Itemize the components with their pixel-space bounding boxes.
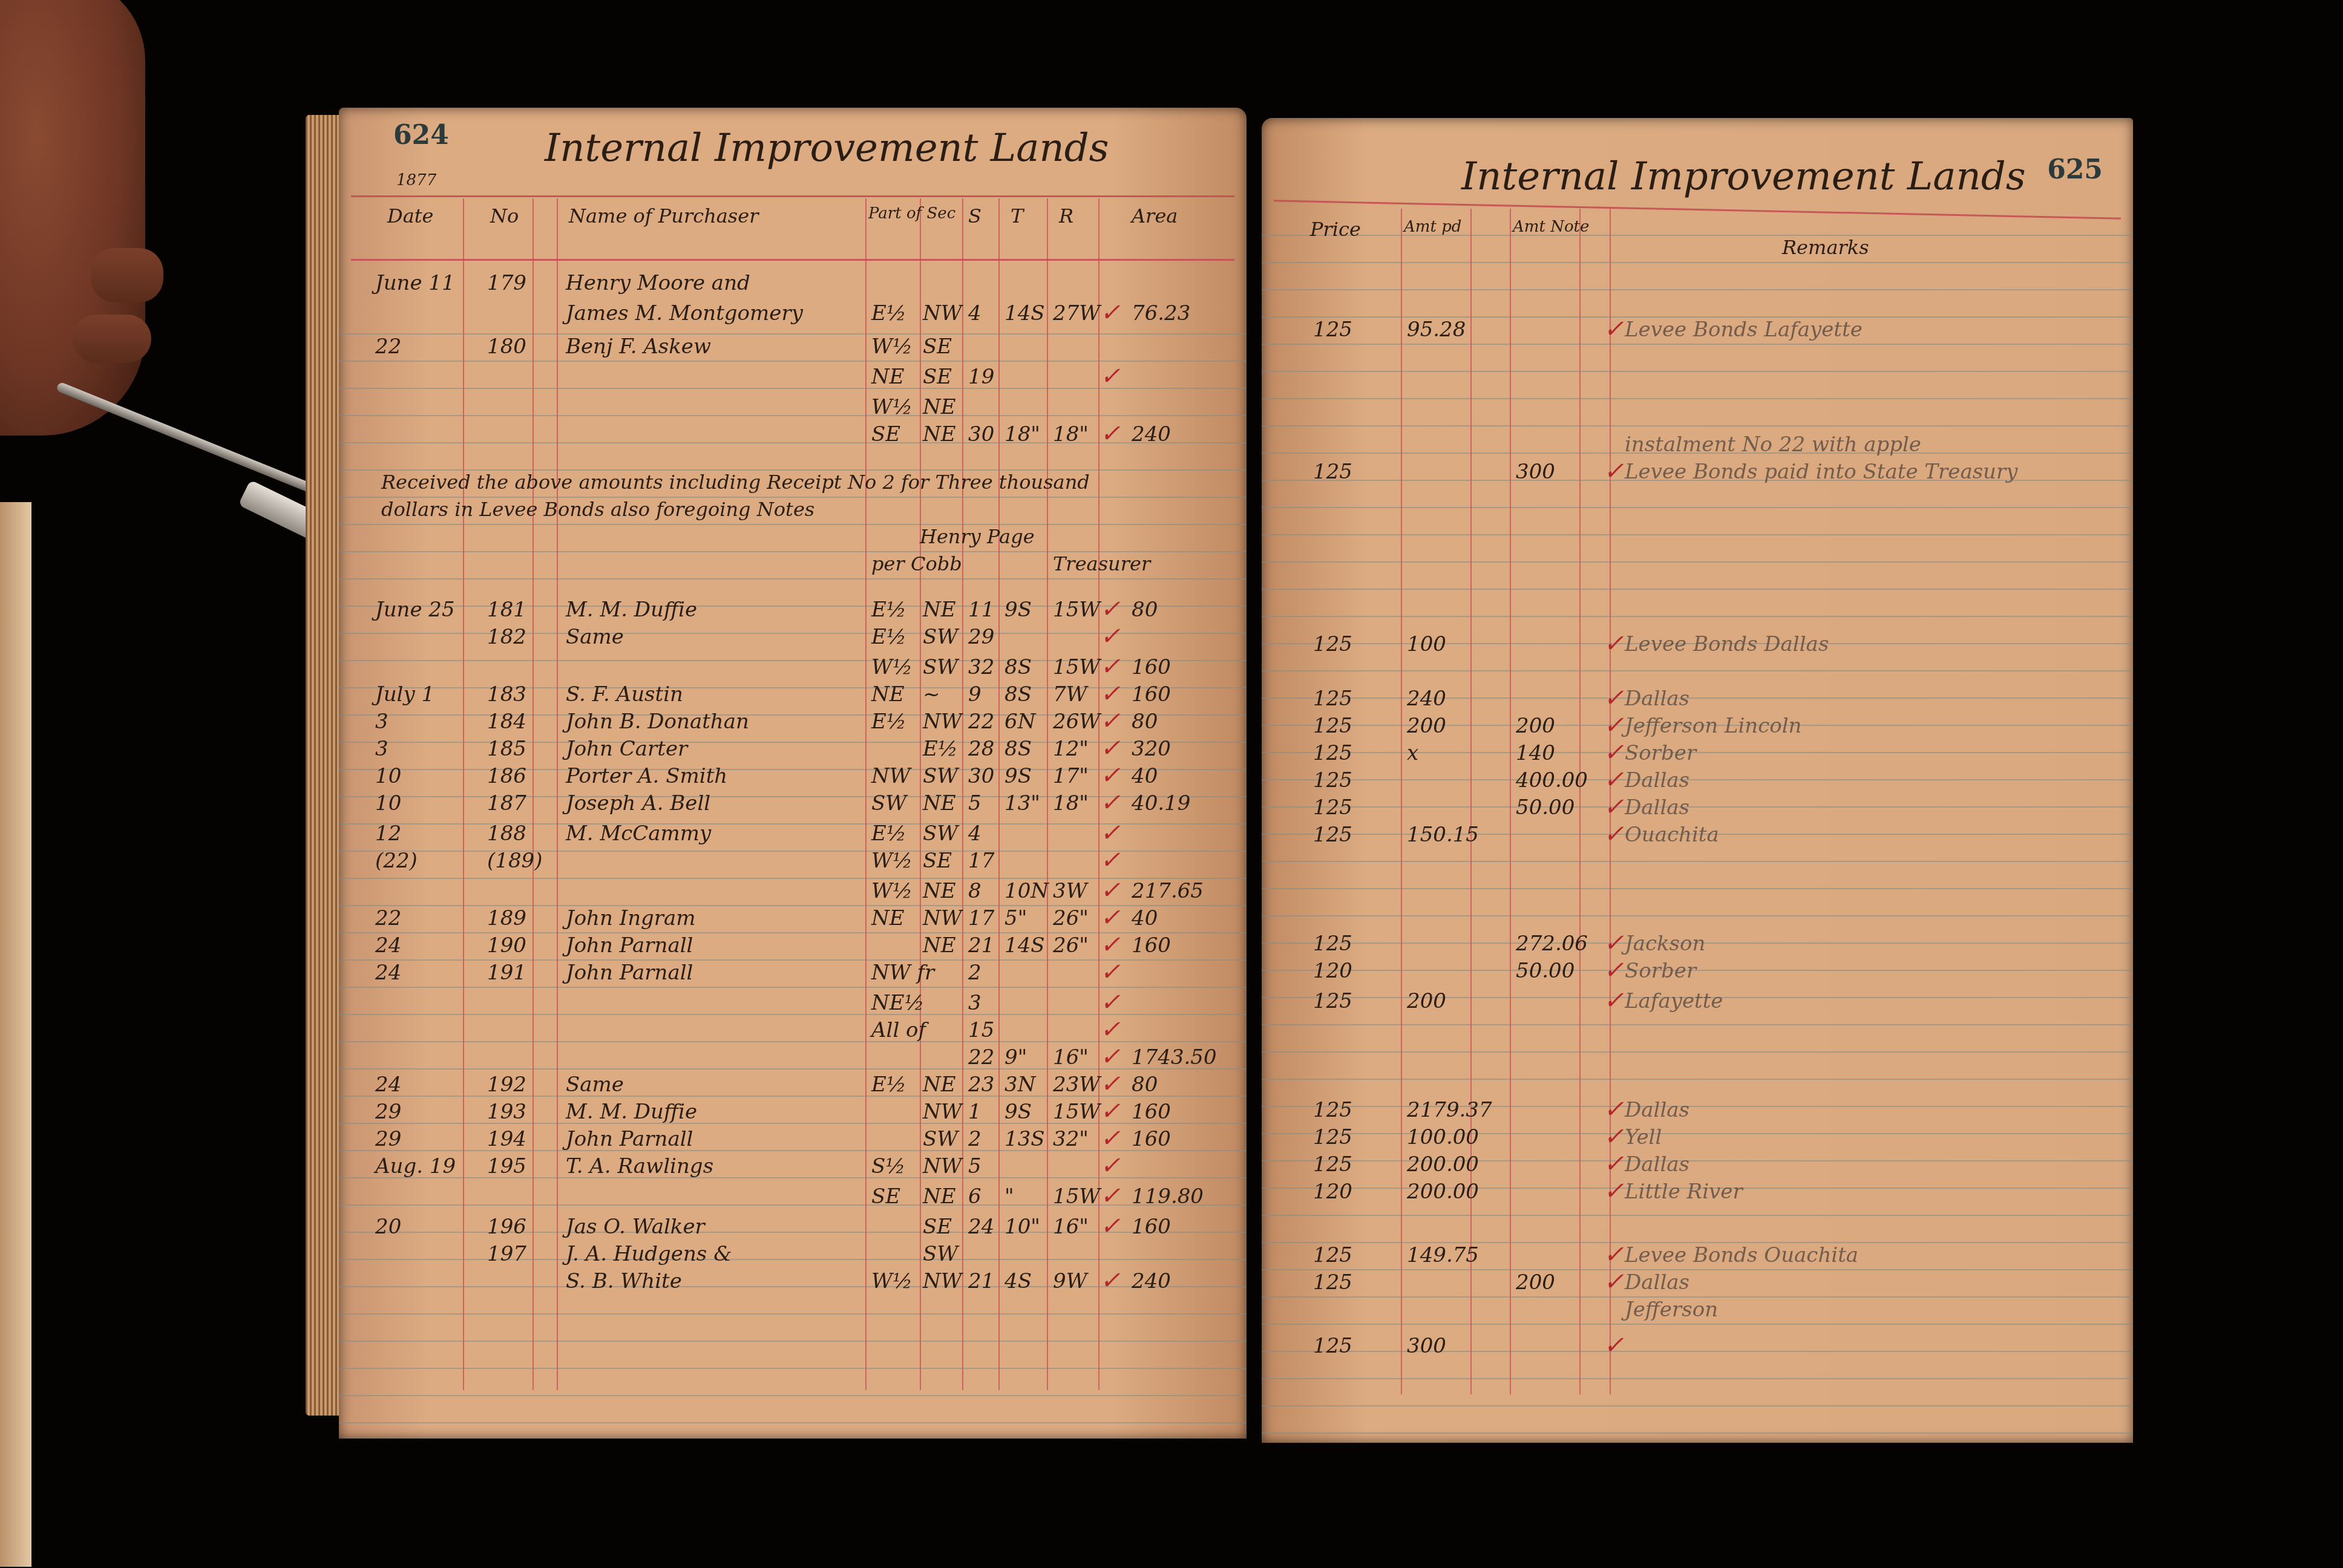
cell-date: 22 [375, 335, 401, 359]
header-part-of-sec: Part of Sec [868, 204, 955, 223]
column-divider [962, 198, 963, 1390]
cell-remarks: Dallas [1625, 1152, 1689, 1177]
column-divider [1047, 198, 1048, 1390]
cell-township: " [1004, 1184, 1014, 1209]
signature-per: per Cobb [871, 552, 962, 575]
check-mark-icon: ✓ [1604, 1123, 1624, 1151]
cell-amount-paid: 200.00 [1407, 1152, 1479, 1177]
hand [0, 0, 145, 436]
cell-subdivision: NW [923, 1269, 962, 1293]
cell-amount-note: 200 [1516, 1270, 1555, 1295]
cell-range: 26" [1053, 933, 1089, 958]
cell-subdivision: NW [923, 1154, 962, 1178]
column-divider [1401, 209, 1402, 1394]
cell-name: J. A. Hudgens & [566, 1242, 732, 1266]
cell-part: W½ [871, 879, 913, 903]
cell-price: 125 [1313, 768, 1352, 792]
cell-name: John Parnall [566, 961, 693, 985]
cell-area: 240 [1132, 1269, 1171, 1293]
cell-amount-note: 140 [1516, 741, 1555, 765]
cell-area: 80 [1132, 1073, 1158, 1097]
check-mark-icon: ✓ [1100, 707, 1121, 735]
check-mark-icon: ✓ [1604, 1331, 1624, 1359]
cell-subdivision: NE [923, 791, 956, 815]
cell-price: 125 [1313, 318, 1352, 342]
cell-range: 18" [1053, 422, 1089, 446]
cell-township: 14S [1004, 933, 1045, 958]
cell-township: 8S [1004, 655, 1032, 679]
check-mark-icon: ✓ [1100, 1125, 1121, 1152]
cell-no: 197 [487, 1242, 526, 1266]
page-number: 624 [393, 120, 449, 151]
cell-section: 2 [968, 961, 981, 985]
cell-date: 12 [375, 822, 401, 846]
check-mark-icon: ✓ [1604, 1096, 1624, 1123]
cell-price: 125 [1313, 1152, 1352, 1177]
cell-price: 125 [1313, 1270, 1352, 1295]
cell-remarks: Dallas [1625, 795, 1689, 820]
left-page: 624 Internal Improvement Lands 1877 Date… [339, 108, 1247, 1439]
cell-township: 5" [1004, 906, 1027, 930]
cell-no: 185 [487, 737, 526, 761]
cell-amount-note: 272.06 [1516, 932, 1588, 956]
check-mark-icon: ✓ [1100, 622, 1121, 650]
header-rule [351, 195, 1234, 197]
cell-price: 120 [1313, 959, 1352, 983]
cell-subdivision: ~ [923, 682, 940, 707]
cell-range: 26" [1053, 906, 1089, 930]
cell-range: 15W [1053, 598, 1100, 622]
cell-area: 320 [1132, 737, 1171, 761]
check-mark-icon: ✓ [1604, 711, 1624, 739]
cell-amount-paid: 200 [1407, 714, 1446, 738]
check-mark-icon: ✓ [1100, 1070, 1121, 1098]
check-mark-icon: ✓ [1100, 1182, 1121, 1210]
cell-part: E½ [871, 710, 906, 734]
cell-section: 2 [968, 1127, 981, 1151]
cell-price: 125 [1313, 632, 1352, 656]
cell-subdivision: NE [923, 1073, 956, 1097]
check-mark-icon: ✓ [1604, 684, 1624, 712]
cell-section: 21 [968, 1269, 994, 1293]
cell-name: John Carter [566, 737, 687, 761]
cell-price: 125 [1313, 460, 1352, 484]
cell-section: 15 [968, 1018, 994, 1042]
cell-part: S½ [871, 1154, 905, 1178]
check-mark-icon: ✓ [1100, 904, 1121, 932]
header-amt-note: Amt Note [1513, 218, 1589, 236]
check-mark-icon: ✓ [1604, 630, 1624, 658]
cell-date: 22 [375, 906, 401, 930]
cell-range: 18" [1053, 791, 1089, 815]
check-mark-icon: ✓ [1604, 766, 1624, 794]
header-s: S [968, 204, 981, 227]
check-mark-icon: ✓ [1604, 956, 1624, 984]
cell-section: 28 [968, 737, 994, 761]
check-mark-icon: ✓ [1604, 820, 1624, 848]
cell-amount-paid: 200 [1407, 989, 1446, 1013]
cell-no: 195 [487, 1154, 526, 1178]
cell-section: 22 [968, 1045, 994, 1070]
cell-township: 10N [1004, 879, 1049, 903]
check-mark-icon: ✓ [1604, 315, 1624, 343]
cell-township: 18" [1004, 422, 1040, 446]
cell-name: S. B. White [566, 1269, 682, 1293]
cell-township: 13S [1004, 1127, 1045, 1151]
cell-subdivision: SE [923, 849, 952, 873]
cell-remarks: Ouachita [1625, 823, 1719, 847]
cell-no: 189 [487, 906, 526, 930]
cell-subdivision: NW [923, 1100, 962, 1124]
cell-amount-paid: 100 [1407, 632, 1446, 656]
cell-amount-paid: 95.28 [1407, 318, 1466, 342]
cell-township: 9S [1004, 1100, 1032, 1124]
cell-range: 3W [1053, 879, 1087, 903]
cell-no: 191 [487, 961, 526, 985]
cell-no: 180 [487, 335, 526, 359]
check-mark-icon: ✓ [1100, 653, 1121, 681]
cell-range: 15W [1053, 1100, 1100, 1124]
cell-amount-paid: 200.00 [1407, 1180, 1479, 1204]
cell-no: 179 [487, 271, 526, 295]
cell-section: 1 [968, 1100, 981, 1124]
signature-role: Treasurer [1053, 552, 1150, 575]
cell-no: 182 [487, 625, 526, 649]
check-mark-icon: ✓ [1100, 958, 1121, 986]
check-mark-icon: ✓ [1100, 877, 1121, 904]
column-divider [557, 198, 558, 1390]
cell-section: 23 [968, 1073, 994, 1097]
check-mark-icon: ✓ [1100, 1016, 1121, 1044]
cell-area: 160 [1132, 1100, 1171, 1124]
cell-remarks: Dallas [1625, 1270, 1689, 1295]
cell-area: 119.80 [1132, 1184, 1204, 1209]
cell-date: Aug. 19 [375, 1154, 456, 1178]
cell-date: 24 [375, 933, 401, 958]
cell-part: W½ [871, 1269, 913, 1293]
cell-area: 40 [1132, 906, 1158, 930]
check-mark-icon: ✓ [1604, 987, 1624, 1014]
year: 1877 [396, 171, 436, 189]
cell-area: 160 [1132, 933, 1171, 958]
cell-section: 22 [968, 710, 994, 734]
cell-subdivision: SW [923, 822, 958, 846]
cell-township: 4S [1004, 1269, 1032, 1293]
cell-area: 160 [1132, 1215, 1171, 1239]
cell-section: 9 [968, 682, 981, 707]
cell-date: 10 [375, 791, 401, 815]
cell-price: 125 [1313, 741, 1352, 765]
header-name: Name of Purchaser [569, 204, 759, 227]
cell-remarks: Levee Bonds Ouachita [1625, 1243, 1858, 1267]
cell-remarks: instalment No 22 with apple [1625, 433, 1921, 457]
cell-township: 10" [1004, 1215, 1040, 1239]
cell-part: E½ [871, 625, 906, 649]
cell-name: Porter A. Smith [566, 764, 727, 788]
cell-subdivision: SW [923, 764, 958, 788]
cell-range: 27W [1053, 301, 1100, 325]
adjacent-book-edge [0, 502, 31, 1567]
check-mark-icon: ✓ [1100, 299, 1121, 327]
cell-part: NW [871, 764, 911, 788]
cell-subdivision: NE [923, 933, 956, 958]
cell-section: 3 [968, 991, 981, 1015]
cell-area: 160 [1132, 1127, 1171, 1151]
cell-no: 190 [487, 933, 526, 958]
cell-part: SE [871, 1184, 900, 1209]
cell-date: 24 [375, 961, 401, 985]
cell-no: 188 [487, 822, 526, 846]
cell-range: 23W [1053, 1073, 1100, 1097]
cell-subdivision: SW [923, 1242, 958, 1266]
cell-part: W½ [871, 335, 913, 359]
cell-subdivision: NE [923, 879, 956, 903]
cell-subdivision: NE [923, 395, 956, 419]
header-r: R [1059, 204, 1073, 227]
cell-township: 9S [1004, 598, 1032, 622]
cell-amount-note: 200 [1516, 714, 1555, 738]
cell-part: SE [871, 422, 900, 446]
cell-area: 217.65 [1132, 879, 1204, 903]
check-mark-icon: ✓ [1100, 1267, 1121, 1295]
cell-part: E½ [871, 1073, 906, 1097]
page-edges [306, 115, 342, 1416]
cell-section: 8 [968, 879, 981, 903]
cell-remarks: Levee Bonds paid into State Treasury [1625, 460, 2017, 484]
header-no: No [490, 204, 519, 227]
cell-amount-note: 50.00 [1516, 795, 1575, 820]
cell-township: 8S [1004, 737, 1032, 761]
cell-price: 120 [1313, 1180, 1352, 1204]
cell-name: M. M. Duffie [566, 1100, 697, 1124]
cell-subdivision: SE [923, 1215, 952, 1239]
cell-no: 196 [487, 1215, 526, 1239]
cell-subdivision: SE [923, 335, 952, 359]
cell-name: John Ingram [566, 906, 696, 930]
cell-price: 125 [1313, 1098, 1352, 1122]
header-rule [351, 259, 1234, 261]
right-page: 625 Internal Improvement Lands Price Amt… [1262, 118, 2133, 1443]
cell-section: 6 [968, 1184, 981, 1209]
cell-amount-paid: 300 [1407, 1334, 1446, 1358]
cell-subdivision: SW [923, 625, 958, 649]
cell-remarks: Little River [1625, 1180, 1743, 1204]
cell-name: T. A. Rawlings [566, 1154, 713, 1178]
header-amt-pd: Amt pd [1404, 218, 1461, 236]
cell-area: 160 [1132, 682, 1171, 707]
column-divider [1470, 209, 1472, 1394]
cell-remarks: Jefferson [1625, 1298, 1718, 1322]
cell-remarks: Sorber [1625, 741, 1696, 765]
cell-subdivision: SW [923, 655, 958, 679]
cell-name: John B. Donathan [566, 710, 749, 734]
column-divider [463, 198, 464, 1390]
check-mark-icon: ✓ [1100, 734, 1121, 762]
cell-price: 125 [1313, 823, 1352, 847]
cell-area: 80 [1132, 598, 1158, 622]
cell-township: 6N [1004, 710, 1035, 734]
cell-range: 16" [1053, 1045, 1089, 1070]
cell-name: John Parnall [566, 1127, 693, 1151]
cell-area: 76.23 [1132, 301, 1190, 325]
cell-section: 17 [968, 906, 994, 930]
cell-subdivision: SE [923, 365, 952, 389]
cell-date: 24 [375, 1073, 401, 1097]
check-mark-icon: ✓ [1100, 420, 1121, 448]
cell-area: 80 [1132, 710, 1158, 734]
cell-amount-note: 50.00 [1516, 959, 1575, 983]
cell-range: 16" [1053, 1215, 1089, 1239]
cell-remarks: Levee Bonds Lafayette [1625, 318, 1863, 342]
check-mark-icon: ✓ [1100, 1097, 1121, 1125]
cell-date: 29 [375, 1100, 401, 1124]
check-mark-icon: ✓ [1100, 988, 1121, 1016]
cell-subdivision: NE [923, 422, 956, 446]
finger [91, 248, 163, 302]
cell-part: W½ [871, 849, 913, 873]
cell-amount-paid: 2179.37 [1407, 1098, 1492, 1122]
receipt-note-line2: dollars in Levee Bonds also foregoing No… [381, 498, 814, 521]
cell-township: 8S [1004, 682, 1032, 707]
page-number: 625 [2047, 154, 2103, 185]
header-price: Price [1310, 218, 1361, 241]
cell-area: 1743.50 [1132, 1045, 1217, 1070]
cell-no: 186 [487, 764, 526, 788]
cell-date: (22) [375, 849, 418, 873]
cell-section: 30 [968, 422, 994, 446]
cell-no: 192 [487, 1073, 526, 1097]
check-mark-icon: ✓ [1604, 1241, 1624, 1269]
check-mark-icon: ✓ [1100, 819, 1121, 847]
cell-part: SW [871, 791, 906, 815]
cell-range: 9W [1053, 1269, 1087, 1293]
cell-date: 3 [375, 710, 388, 734]
cell-name: Same [566, 1073, 624, 1097]
cell-date: 3 [375, 737, 388, 761]
column-divider [865, 198, 867, 1390]
column-divider [1579, 209, 1581, 1394]
cell-section: 5 [968, 791, 981, 815]
check-mark-icon: ✓ [1100, 680, 1121, 708]
cell-section: 19 [968, 365, 994, 389]
cell-no: 194 [487, 1127, 526, 1151]
check-mark-icon: ✓ [1100, 1152, 1121, 1180]
cell-range: 26W [1053, 710, 1100, 734]
cell-date: June 25 [375, 598, 455, 622]
cell-name: John Parnall [566, 933, 693, 958]
check-mark-icon: ✓ [1604, 929, 1624, 957]
cell-subdivision: NW [923, 301, 962, 325]
cell-area: 240 [1132, 422, 1171, 446]
cell-subdivision: NW [923, 906, 962, 930]
column-divider [998, 198, 1000, 1390]
finger [73, 315, 151, 363]
cell-part: NE½ [871, 991, 925, 1015]
cell-date: June 11 [375, 271, 455, 295]
header-remarks: Remarks [1782, 236, 1869, 259]
cell-remarks: Sorber [1625, 959, 1696, 983]
cell-township: 14S [1004, 301, 1045, 325]
cell-name: Joseph A. Bell [566, 791, 710, 815]
cell-name: S. F. Austin [566, 682, 683, 707]
cell-section: 29 [968, 625, 994, 649]
receipt-note-line1: Received the above amounts including Rec… [381, 471, 1090, 494]
cell-subdivision: E½ [923, 737, 958, 761]
cell-price: 125 [1313, 1243, 1352, 1267]
check-mark-icon: ✓ [1604, 739, 1624, 766]
page-title: Internal Improvement Lands [545, 126, 1109, 171]
cell-subdivision: NE [923, 1184, 956, 1209]
cell-part: E½ [871, 301, 906, 325]
page-title: Internal Improvement Lands [1461, 154, 2026, 199]
cell-part: E½ [871, 822, 906, 846]
header-area: Area [1132, 204, 1178, 227]
cell-township: 9S [1004, 764, 1032, 788]
cell-township: 3N [1004, 1073, 1035, 1097]
cell-range: 15W [1053, 1184, 1100, 1209]
cell-name: M. McCammy [566, 822, 711, 846]
cell-date: 20 [375, 1215, 401, 1239]
cell-price: 125 [1313, 795, 1352, 820]
cell-section: 11 [968, 598, 994, 622]
column-divider [1098, 198, 1099, 1390]
cell-part: NE [871, 682, 905, 707]
check-mark-icon: ✓ [1100, 1212, 1121, 1240]
cell-price: 125 [1313, 932, 1352, 956]
cell-no: 181 [487, 598, 526, 622]
cell-section: 30 [968, 764, 994, 788]
cell-no: 184 [487, 710, 526, 734]
column-divider [1510, 209, 1511, 1394]
check-mark-icon: ✓ [1604, 1177, 1624, 1205]
cell-range: 32" [1053, 1127, 1089, 1151]
cell-section: 5 [968, 1154, 981, 1178]
cell-name: Benj F. Askew [566, 335, 711, 359]
cell-section: 17 [968, 849, 994, 873]
cell-date: 29 [375, 1127, 401, 1151]
check-mark-icon: ✓ [1100, 595, 1121, 623]
cell-date: 10 [375, 764, 401, 788]
cell-price: 125 [1313, 1334, 1352, 1358]
cell-part: E½ [871, 598, 906, 622]
column-divider [532, 198, 534, 1390]
cell-name: James M. Montgomery [566, 301, 803, 325]
check-mark-icon: ✓ [1100, 789, 1121, 817]
cell-date: July 1 [375, 682, 434, 707]
column-divider [920, 198, 921, 1390]
cell-subdivision: NW [923, 710, 962, 734]
cell-section: 4 [968, 301, 981, 325]
cell-subdivision: SW [923, 1127, 958, 1151]
cell-part: W½ [871, 395, 913, 419]
cell-part: NE [871, 365, 905, 389]
cell-amount-paid: 100.00 [1407, 1125, 1479, 1149]
cell-no: 183 [487, 682, 526, 707]
cell-price: 125 [1313, 1125, 1352, 1149]
cell-part: NW fr [871, 961, 934, 985]
check-mark-icon: ✓ [1604, 457, 1624, 485]
cell-remarks: Lafayette [1625, 989, 1723, 1013]
cell-remarks: Dallas [1625, 1098, 1689, 1122]
cell-remarks: Levee Bonds Dallas [1625, 632, 1829, 656]
cell-no: 193 [487, 1100, 526, 1124]
check-mark-icon: ✓ [1100, 362, 1121, 390]
cell-name: M. M. Duffie [566, 598, 697, 622]
cell-name: Same [566, 625, 624, 649]
cell-remarks: Jefferson Lincoln [1625, 714, 1801, 738]
check-mark-icon: ✓ [1100, 762, 1121, 789]
cell-section: 32 [968, 655, 994, 679]
